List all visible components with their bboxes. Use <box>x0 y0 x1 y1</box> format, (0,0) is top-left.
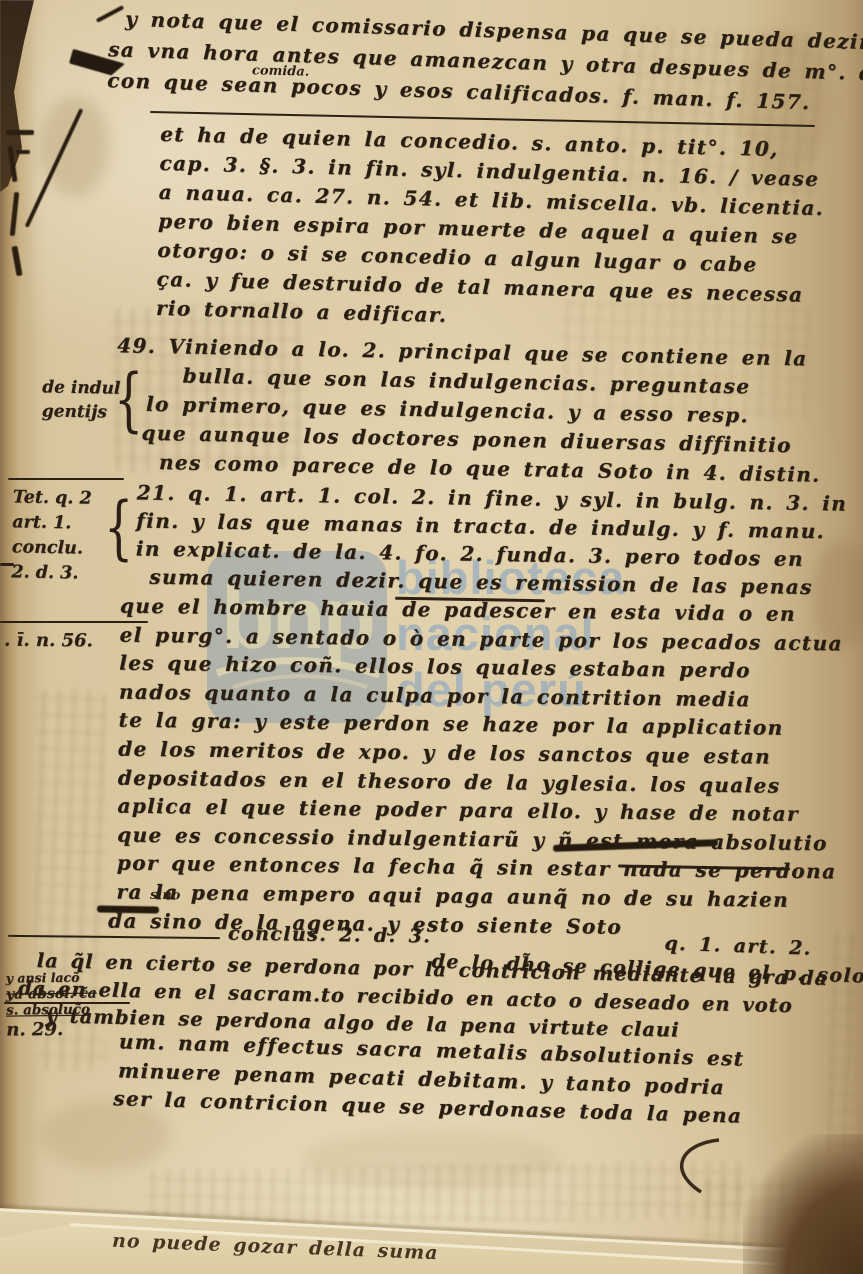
text-line: s. absoluc̃o <box>6 1002 97 1019</box>
text-line: y ansi lacõ <box>6 970 97 987</box>
interlinear-insertion: comida. <box>252 63 310 79</box>
margin-note-citation: Tet. q. 2art. 1.conclu.2. d. 3. <box>11 485 92 586</box>
text-line: de indul <box>42 375 121 400</box>
margin-note-n29-cluster: y ansi lacõya absol. c̃as. absoluc̃on. 2… <box>6 970 98 1043</box>
margin-brace: { <box>114 359 143 440</box>
text-line: n. 29. <box>6 1018 97 1043</box>
text-line: art. 1. <box>12 510 91 536</box>
text-line: . ī. n. 56. <box>4 630 93 652</box>
handwritten-block-citations: 21. q. 1. art. 1. col. 2. in fine. y syl… <box>135 478 847 601</box>
pen-stroke <box>6 130 34 135</box>
manuscript-page: bnp bibliotecanacionaldel perú y nota qu… <box>0 0 863 1274</box>
interlinear-insertion: sino <box>150 888 181 904</box>
handwritten-block-section-49: 49. Viniendo a lo. 2. principal que se c… <box>115 331 823 490</box>
handwritten-block-top-note: y nota que el comissario dispensa pa que… <box>107 3 863 122</box>
text-line: 2. d. 3. <box>11 560 90 586</box>
margin-brace: { <box>104 487 133 568</box>
text-line: conclu. <box>12 535 91 561</box>
margin-note-de-indulgentiis: de indulgentijs <box>42 375 121 424</box>
text-line: Tet. q. 2 <box>12 485 91 511</box>
paper-stain <box>40 96 110 196</box>
pen-stroke <box>16 150 30 154</box>
ink-rule <box>8 478 124 480</box>
margin-note-n56: . ī. n. 56. <box>4 630 93 652</box>
pen-flourish-curve <box>655 1136 730 1198</box>
handwritten-block-remission: que el hombre hauia de padescer en esta … <box>116 592 843 944</box>
text-line: gentijs <box>42 399 121 424</box>
handwritten-block-sacrament: um. nam effectus sacra metalis absolutio… <box>117 1027 745 1130</box>
text-line: conclus. 2. d. 3. <box>228 923 431 948</box>
text-line: ya absol. c̃a <box>6 986 97 1003</box>
handwritten-block-concession: et ha de quien la concedio. s. anto. p. … <box>156 120 826 339</box>
handwritten-block-conclusion-cite: conclus. 2. d. 3. <box>228 923 431 948</box>
dark-corner-bottom-right <box>743 1134 863 1274</box>
